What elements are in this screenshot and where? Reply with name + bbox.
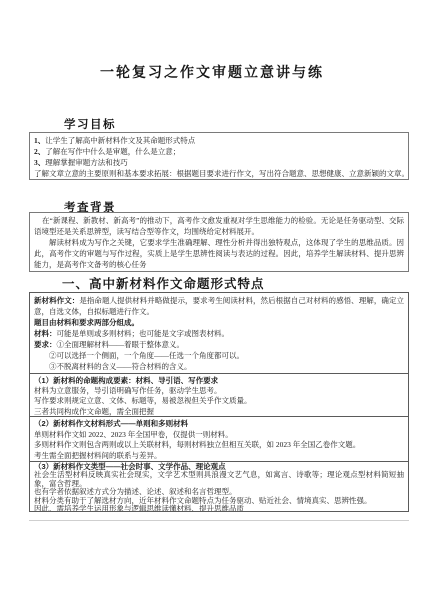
table-row-elements: （1）新材料的命题构成要素：材料、导引语、写作要求 材料为立意服务，导引语明确写… xyxy=(30,373,408,416)
line-label: 要求： xyxy=(34,340,57,349)
line-text: 因此，需培养学生运用形象与逻辑思维读懂材料，提升思维品质 xyxy=(34,504,244,511)
line-text: ①全面理解材料——着眼于整体意义。 xyxy=(57,340,185,349)
background-box: 在“新课程、新教材、新高考”的推动下，高考作文愈发重视对学生思维能力的检验。无论… xyxy=(29,212,409,272)
row-line: 要求：①全面理解材料——着眼于整体意义。 xyxy=(34,339,404,350)
line-text: 三者共同构成作文命题，需全面把握 xyxy=(34,407,154,416)
line-text: ②可以选择一个侧面，一个角度——任选一个角度都可以。 xyxy=(49,351,244,360)
line-label: 题目由材料和要求两部分组成。 xyxy=(34,318,139,327)
line-text: 材料为立意服务，导引语明确写作任务，驱动学生思考。 xyxy=(34,386,222,395)
line-text: 考生需全面把握材料间的联系与差异。 xyxy=(34,451,162,460)
row-line: 社会生活型材料反映真实社会现实，文学艺术型则具浪漫文艺气息，如寓言、诗歌等；理论… xyxy=(34,471,404,488)
background-paragraph: 在“新课程、新教材、新高考”的推动下，高考作文愈发重视对学生思维能力的检验。无论… xyxy=(34,215,404,237)
background-paragraph: 解读材料成为写作之关键，它要求学生准确理解、理性分析并得出独特观点，这体现了学生… xyxy=(34,237,404,270)
line-label: 材料： xyxy=(34,329,57,338)
objective-number: 2、 xyxy=(34,147,45,156)
line-text: 多则材料作文则包含两则或以上关联材料，每则材料独立但相互关联，如 2023 年全… xyxy=(34,440,360,449)
row-line: 新材料作文：是指命题人提供材料并略做提示，要求考生阅读材料，然后根据自己对材料的… xyxy=(34,295,404,317)
topic-table: 新材料作文：是指命题人提供材料并略做提示，要求考生阅读材料，然后根据自己对材料的… xyxy=(29,292,409,512)
row-line: 材料为立意服务，导引语明确写作任务，驱动学生思考。 xyxy=(34,386,404,396)
line-label: （2）新材料作文材料形式——单则和多则材料 xyxy=(34,419,188,428)
objective-text: 了解在写作中什么是审题，什么是立意； xyxy=(45,147,180,156)
line-label: （1）新材料的命题构成要素：材料、导引语、写作要求 xyxy=(34,376,218,385)
objective-text: 理解掌握审题方法和技巧 xyxy=(45,158,128,167)
line-text: 是指命题人提供材料并略做提示，要求考生阅读材料，然后根据自己对材料的感悟、理解，… xyxy=(34,296,404,316)
row-line: 因此，需培养学生运用形象与逻辑思维读懂材料，提升思维品质 xyxy=(34,505,404,511)
line-label: 新材料作文： xyxy=(34,296,79,305)
objective-number: 1、 xyxy=(34,136,45,145)
objective-item: 1、让学生了解高中新材料作文及其命题形式特点 xyxy=(34,135,404,146)
row-line: 材料：可能是单则或多则材料；也可能是文字或图表材料。 xyxy=(34,328,404,339)
document-page: 一轮复习之作文审题立意讲与练 学习目标 1、让学生了解高中新材料作文及其命题形式… xyxy=(0,0,424,600)
row-line: 考生需全面把握材料间的联系与差异。 xyxy=(34,451,404,462)
bottom-divider xyxy=(29,520,409,521)
table-row-material-types: （3）新材料作文类型——社会时事、文学作品、理论观点 社会生活型材料反映真实社会… xyxy=(30,461,408,511)
row-line: 题目由材料和要求两部分组成。 xyxy=(34,317,404,328)
objective-number: 3、 xyxy=(34,158,45,167)
objective-text: 了解文章立意的主要原则和基本要求拓展：根据题目要求进行作文，写出符合题意、思想健… xyxy=(34,169,404,178)
document-title: 一轮复习之作文审题立意讲与练 xyxy=(0,62,424,82)
objective-item: 2、了解在写作中什么是审题，什么是立意； xyxy=(34,146,404,157)
objective-item: 3、理解掌握审题方法和技巧 xyxy=(34,157,404,168)
row-line: ③不脱离材料的含义——符合材料的含义。 xyxy=(34,361,404,372)
row-line: ②可以选择一个侧面，一个角度——任选一个角度都可以。 xyxy=(34,350,404,361)
row-line: （1）新材料的命题构成要素：材料、导引语、写作要求 xyxy=(34,376,404,386)
table-row-definition: 新材料作文：是指命题人提供材料并略做提示，要求考生阅读材料，然后根据自己对材料的… xyxy=(30,293,408,373)
row-line: 写作要求则规定立意、文体、标题等，易被忽视但关乎作文质量。 xyxy=(34,396,404,406)
table-row-material-forms: （2）新材料作文材料形式——单则和多则材料 单则材料作文如 2022、2023 … xyxy=(30,416,408,461)
objective-text: 让学生了解高中新材料作文及其命题形式特点 xyxy=(45,136,195,145)
objective-item: 了解文章立意的主要原则和基本要求拓展：根据题目要求进行作文，写出符合题意、思想健… xyxy=(34,168,404,179)
line-text: 写作要求则规定立意、文体、标题等，易被忽视但关乎作文质量。 xyxy=(34,396,252,405)
line-text: ③不脱离材料的含义——符合材料的含义。 xyxy=(49,362,192,371)
row-line: （2）新材料作文材料形式——单则和多则材料 xyxy=(34,419,404,430)
section-heading: 一、高中新材料作文命题形式特点 xyxy=(62,274,265,292)
objectives-heading: 学习目标 xyxy=(64,116,116,132)
row-line: 单则材料作文如 2022、2023 年全国甲卷，仅提供一则材料。 xyxy=(34,430,404,441)
line-text: 单则材料作文如 2022、2023 年全国甲卷，仅提供一则材料。 xyxy=(34,430,233,439)
line-text: 可能是单则或多则材料；也可能是文字或图表材料。 xyxy=(57,329,230,338)
row-line: 三者共同构成作文命题，需全面把握 xyxy=(34,407,404,416)
objectives-box: 1、让学生了解高中新材料作文及其命题形式特点 2、了解在写作中什么是审题，什么是… xyxy=(29,132,409,180)
line-text: 社会生活型材料反映真实社会现实，文学艺术型则具浪漫文艺气息，如寓言、诗歌等；理论… xyxy=(34,470,404,487)
row-line: 多则材料作文则包含两则或以上关联材料，每则材料独立但相互关联，如 2023 年全… xyxy=(34,440,404,451)
